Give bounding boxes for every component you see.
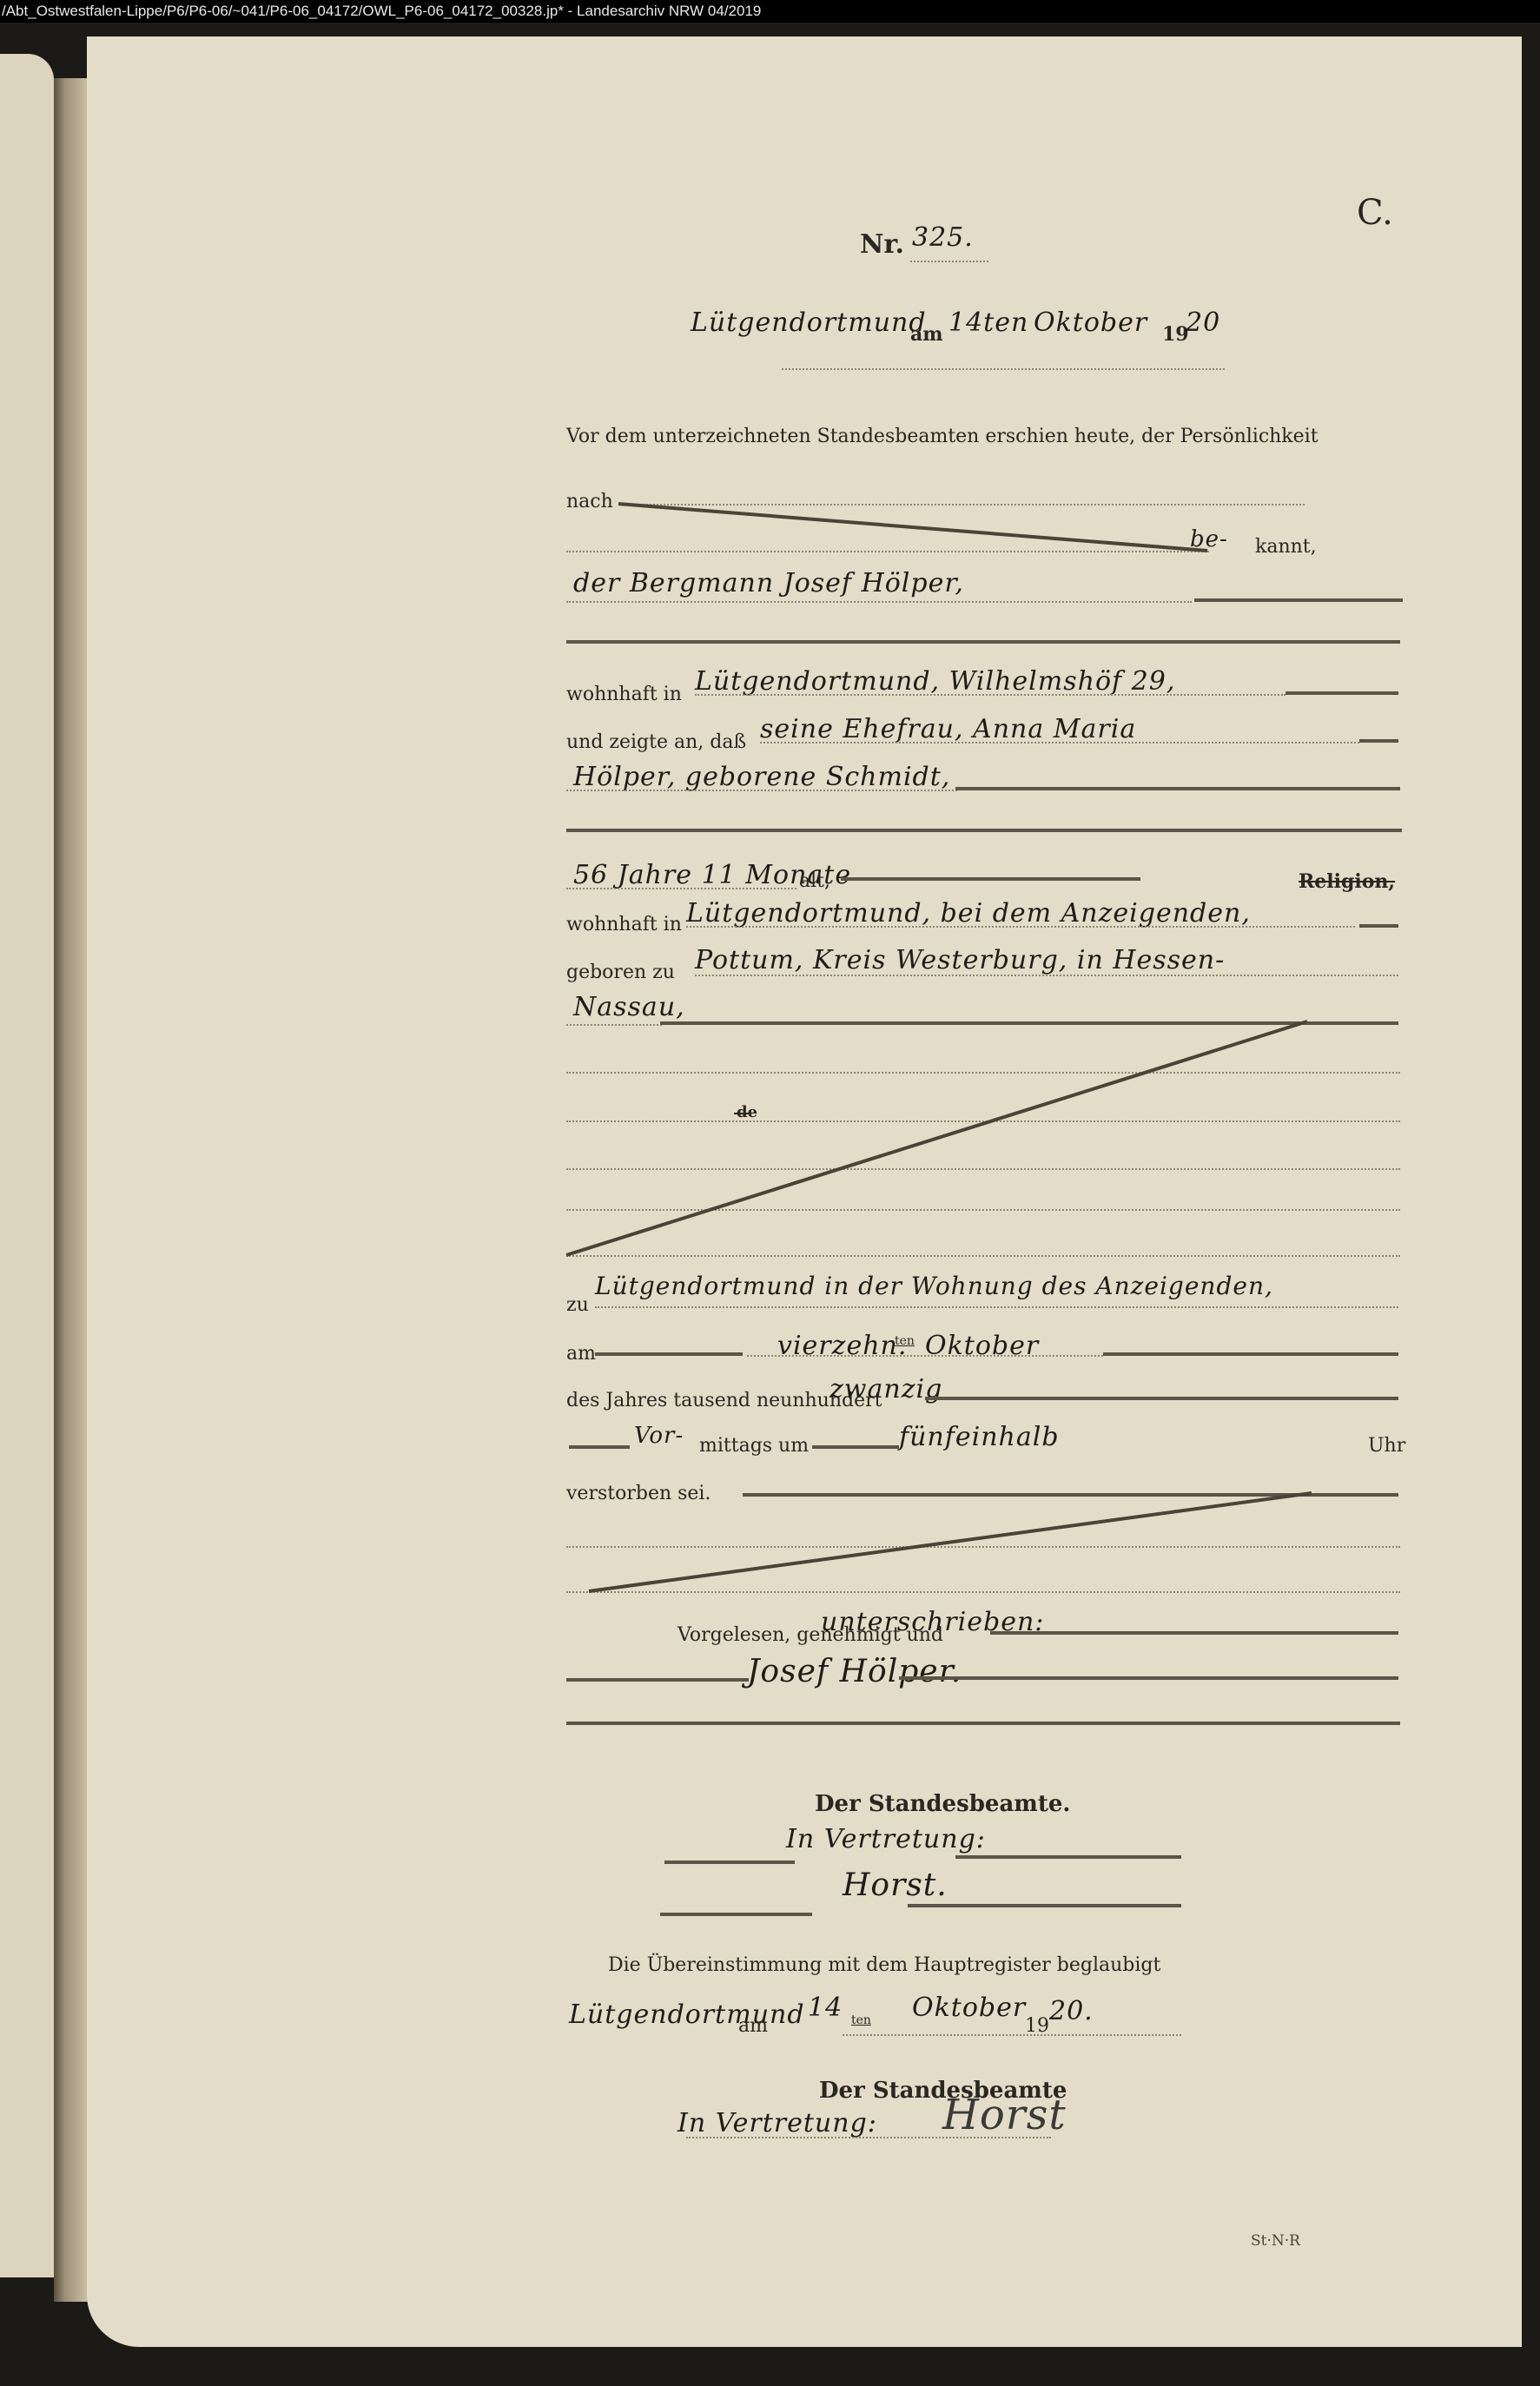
window-title: /Abt_Ostwestfalen-Lippe/P6/P6-06/~041/P6… (2, 3, 761, 19)
left-page-edge (0, 54, 54, 2277)
window-title-bar: /Abt_Ostwestfalen-Lippe/P6/P6-06/~041/P6… (0, 0, 1540, 23)
book-gutter (54, 78, 90, 2302)
document-page: C. Nr. 325. Lütgendortmund am 14ten Okto… (87, 36, 1522, 2347)
strike-lines (87, 36, 1522, 2347)
